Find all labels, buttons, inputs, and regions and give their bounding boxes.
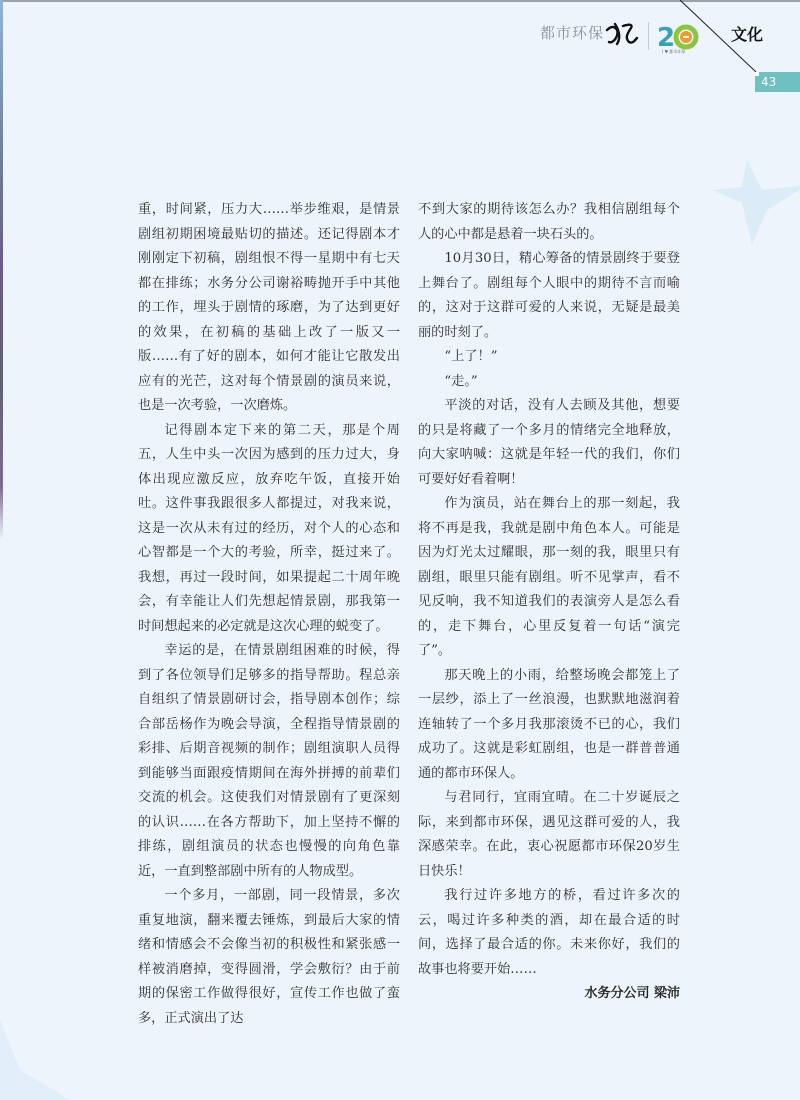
brand-calligraphy-logo (603, 16, 643, 48)
section-title: 文化 (731, 22, 763, 45)
background-star-icon (712, 155, 800, 255)
page-number: 43 (755, 72, 800, 92)
paragraph: 重，时间紧，压力大……举步维艰，是情景剧组初期困境最贴切的描述。还记得剧本才刚刚… (138, 198, 400, 419)
logo-divider (648, 22, 649, 50)
dialogue-line: “上了！” (418, 345, 680, 370)
paragraph: 10月30日，精心筹备的情景剧终于要登上舞台了。剧组每个人眼中的期待不言而喻的，… (418, 247, 680, 345)
anniversary-caption: I ♥ 都市环保 (662, 49, 685, 55)
paragraph: 我行过许多地方的桥，看过许多次的云，喝过许多种类的酒，却在最合适的时间，选择了最… (418, 884, 680, 982)
paragraph: 不到大家的期待该怎么办？我相信剧组每个人的心中都是悬着一块石头的。 (418, 198, 680, 247)
page-tab-corner (755, 72, 759, 76)
paragraph: 那天晚上的小雨，给整场晚会都笼上了一层纱，添上了一丝浪漫，也默默地滋润着连轴转了… (418, 664, 680, 787)
author-signature: 水务分公司 梁沛 (418, 982, 680, 1007)
paragraph: 幸运的是，在情景剧组困难的时候，得到了各位领导们足够多的指导帮助。程总亲自组织了… (138, 639, 400, 884)
paragraph: 记得剧本定下来的第二天，那是个周五，人生中头一次因为感到的压力过大，身体出现应激… (138, 419, 400, 640)
background-shape-icon (0, 1010, 90, 1100)
paragraph: 作为演员，站在舞台上的那一刻起，我将不再是我，我就是剧中角色本人。可能是因为灯光… (418, 492, 680, 664)
paragraph: 一个多月，一部剧，同一段情景，多次重复地演，翻来覆去锤炼，到最后大家的情绪和情感… (138, 884, 400, 1031)
brand-name: 都市环保 (540, 22, 604, 43)
article-left-column: 重，时间紧，压力大……举步维艰，是情景剧组初期困境最贴切的描述。还记得剧本才刚刚… (138, 198, 400, 1031)
paragraph: 平淡的对话，没有人去顾及其他，想要的只是将藏了一个多月的情绪完全地释放，向大家呐… (418, 394, 680, 492)
page-edge-strip (0, 0, 3, 540)
article-right-column: 不到大家的期待该怎么办？我相信剧组每个人的心中都是悬着一块石头的。 10月30日… (418, 198, 680, 1007)
paragraph: 与君同行，宜雨宜晴。在二十岁诞辰之际，来到都市环保，遇见这群可爱的人，我深感荣幸… (418, 786, 680, 884)
dialogue-line: “走。” (418, 370, 680, 395)
